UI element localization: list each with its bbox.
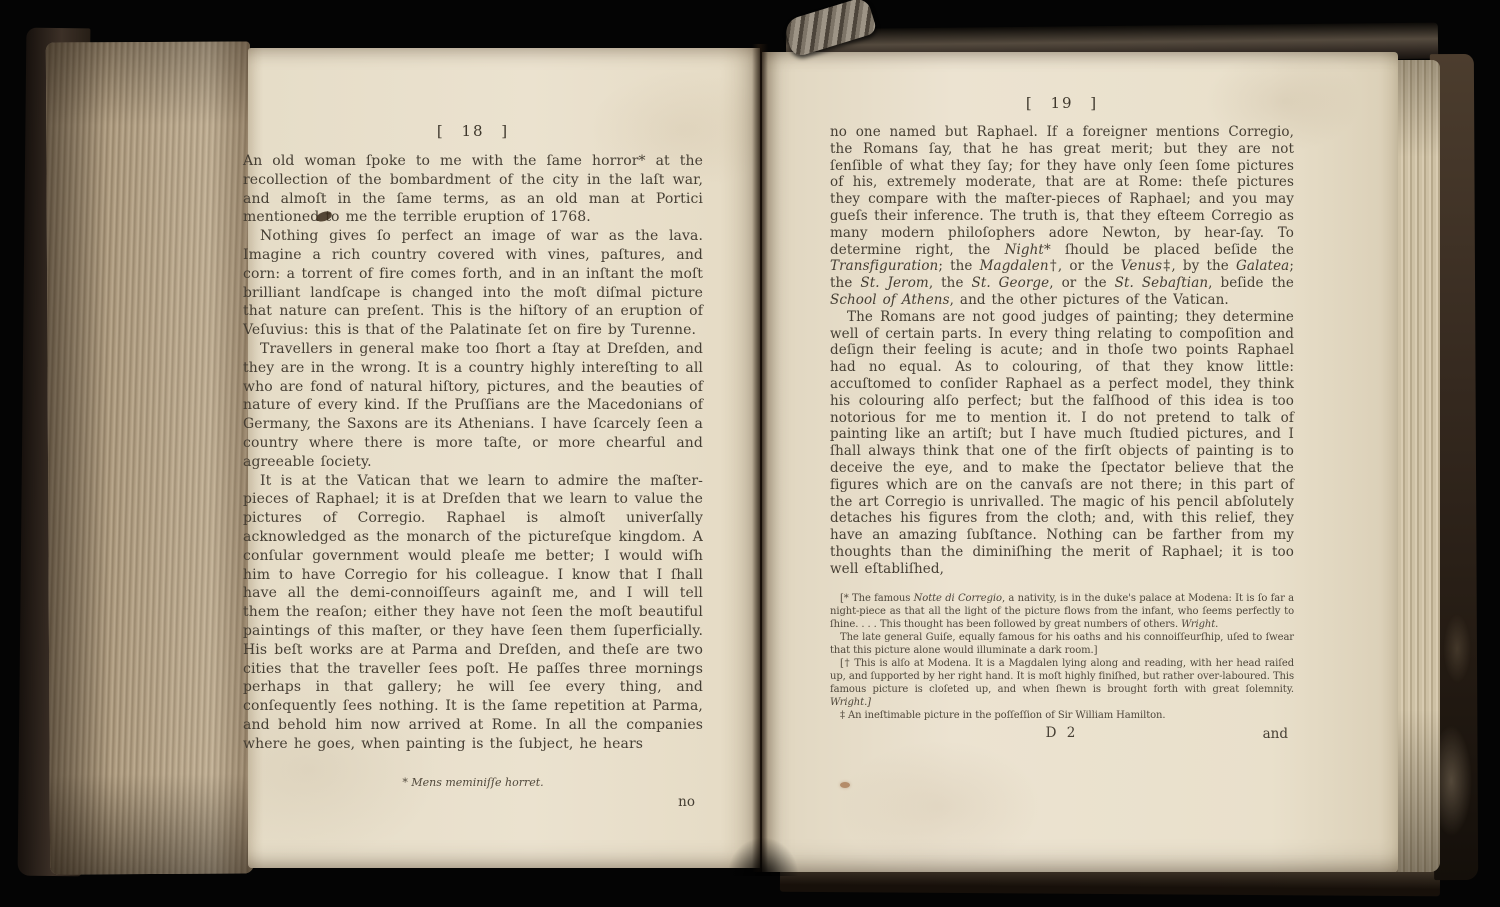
paragraph: Nothing gives ſo perfect an image of war…: [243, 227, 703, 340]
paragraph: The Romans are not good judges of painti…: [830, 309, 1294, 578]
page-18-body: An old woman ſpoke to me with the ſame h…: [243, 152, 703, 754]
page-edges-left: [46, 41, 254, 874]
page-19: [ 19 ] no one named but Raphael. If a fo…: [830, 94, 1294, 743]
paragraph: Travellers in general make too ſhort a ſ…: [243, 340, 703, 472]
page-number-19: [ 19 ]: [830, 94, 1294, 112]
footnote: ‡ An ineſtimable picture in the poſſeſſi…: [830, 709, 1294, 722]
page-18-footnote: * Mens meminiſſe horret.: [243, 776, 703, 790]
page-number-18: [ 18 ]: [243, 122, 703, 140]
page-19-catchword: and: [1263, 726, 1288, 742]
stain-spot: [840, 782, 850, 788]
signature-mark: D 2: [830, 725, 1294, 741]
page-19-body: no one named but Raphael. If a foreigner…: [830, 124, 1294, 578]
paragraph: An old woman ſpoke to me with the ſame h…: [243, 152, 703, 227]
paragraph: no one named but Raphael. If a foreigner…: [830, 124, 1294, 309]
page-18: [ 18 ] An old woman ſpoke to me with the…: [243, 122, 703, 810]
footnote: [† This is alſo at Modena. It is a Magda…: [830, 657, 1294, 709]
gutter-bottom-shadow: [728, 838, 798, 876]
footnote: * Mens meminiſſe horret.: [243, 776, 703, 790]
gutter-shadow: [752, 44, 768, 872]
signature-line: D 2 and: [830, 725, 1294, 743]
paragraph: It is at the Vatican that we learn to ad…: [243, 472, 703, 754]
page-edges-right: [1394, 60, 1440, 872]
footnote: [* The famous Notte di Corregio, a nativ…: [830, 592, 1294, 631]
page-19-footnotes: [* The famous Notte di Corregio, a nativ…: [830, 592, 1294, 722]
page-18-catchword: no: [243, 794, 703, 810]
footnote: The late general Guiſe, equally famous f…: [830, 631, 1294, 657]
